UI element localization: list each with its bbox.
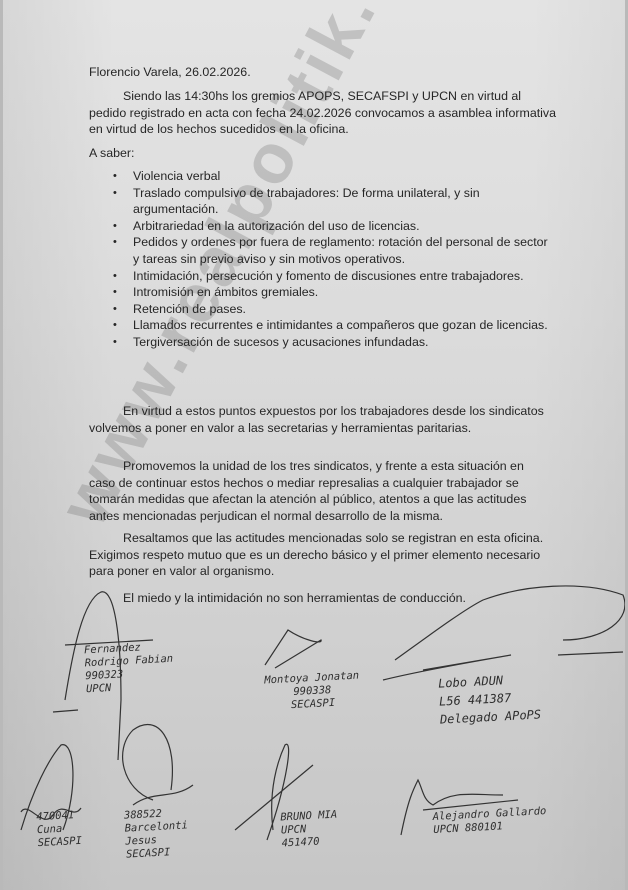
signature-4-name: 470041 Cuna SECASPI	[36, 809, 82, 850]
paragraph-3-text: Promovemos la unidad de los tres sindica…	[89, 459, 526, 523]
list-item: Pedidos y ordenes por fuera de reglament…	[111, 234, 551, 267]
intro-paragraph: Siendo las 14:30hs los gremios APOPS, SE…	[89, 88, 557, 138]
list-item: Violencia verbal	[111, 168, 551, 185]
signature-2-name: Montoya Jonatan 990338 SECASPI	[264, 670, 361, 714]
signature-7-name: Alejandro Gallardo UPCN 880101	[432, 805, 547, 837]
paragraph-3: Promovemos la unidad de los tres sindica…	[89, 458, 553, 524]
list-item: Intimidación, persecución y fomento de d…	[111, 268, 551, 285]
signature-1-name: Fernandez Rodrigo Fabian 990323 UPCN	[84, 640, 175, 697]
signature-6-name: BRUNO MIA UPCN 451470	[280, 809, 339, 851]
paragraph-4: Resaltamos que las actitudes mencionadas…	[89, 530, 555, 580]
list-item: Tergiversación de sucesos y acusaciones …	[111, 334, 551, 351]
closing-line: El miedo y la intimidación no son herram…	[89, 590, 555, 607]
intro-text: Siendo las 14:30hs los gremios APOPS, SE…	[89, 89, 556, 136]
list-item: Arbitrariedad en la autorización del uso…	[111, 218, 551, 235]
closing-text: El miedo y la intimidación no son herram…	[123, 591, 466, 605]
list-item: Llamados recurrentes e intimidantes a co…	[111, 317, 551, 334]
paragraph-2-text: En virtud a estos puntos expuestos por l…	[89, 404, 544, 435]
list-item: Traslado compulsivo de trabajadores: De …	[111, 185, 551, 218]
list-item: Intromisión en ámbitos gremiales.	[111, 284, 551, 301]
a-saber-heading: A saber:	[89, 145, 134, 162]
grievance-list: Violencia verbal Traslado compulsivo de …	[111, 168, 551, 351]
paragraph-4-text: Resaltamos que las actitudes mencionadas…	[89, 531, 543, 578]
place-date: Florencio Varela, 26.02.2026.	[89, 64, 251, 81]
sig-line: SECASPI	[37, 835, 82, 850]
document-page: www.realpolitik.com.ar Florencio Varela,…	[3, 0, 625, 890]
sig-line: 451470	[281, 835, 339, 851]
sig-line: SECASPI	[126, 845, 190, 861]
signature-5-name: 388522 Barcelonti Jesus SECASPI	[124, 806, 190, 861]
list-item: Retención de pases.	[111, 301, 551, 318]
paragraph-2: En virtud a estos puntos expuestos por l…	[89, 403, 549, 436]
signature-3-name: Lobo ADUN L56 441387 Delegado APoPS	[438, 669, 542, 728]
sig-line: 470041	[36, 809, 81, 824]
sig-line: Delegado APoPS	[440, 705, 542, 728]
